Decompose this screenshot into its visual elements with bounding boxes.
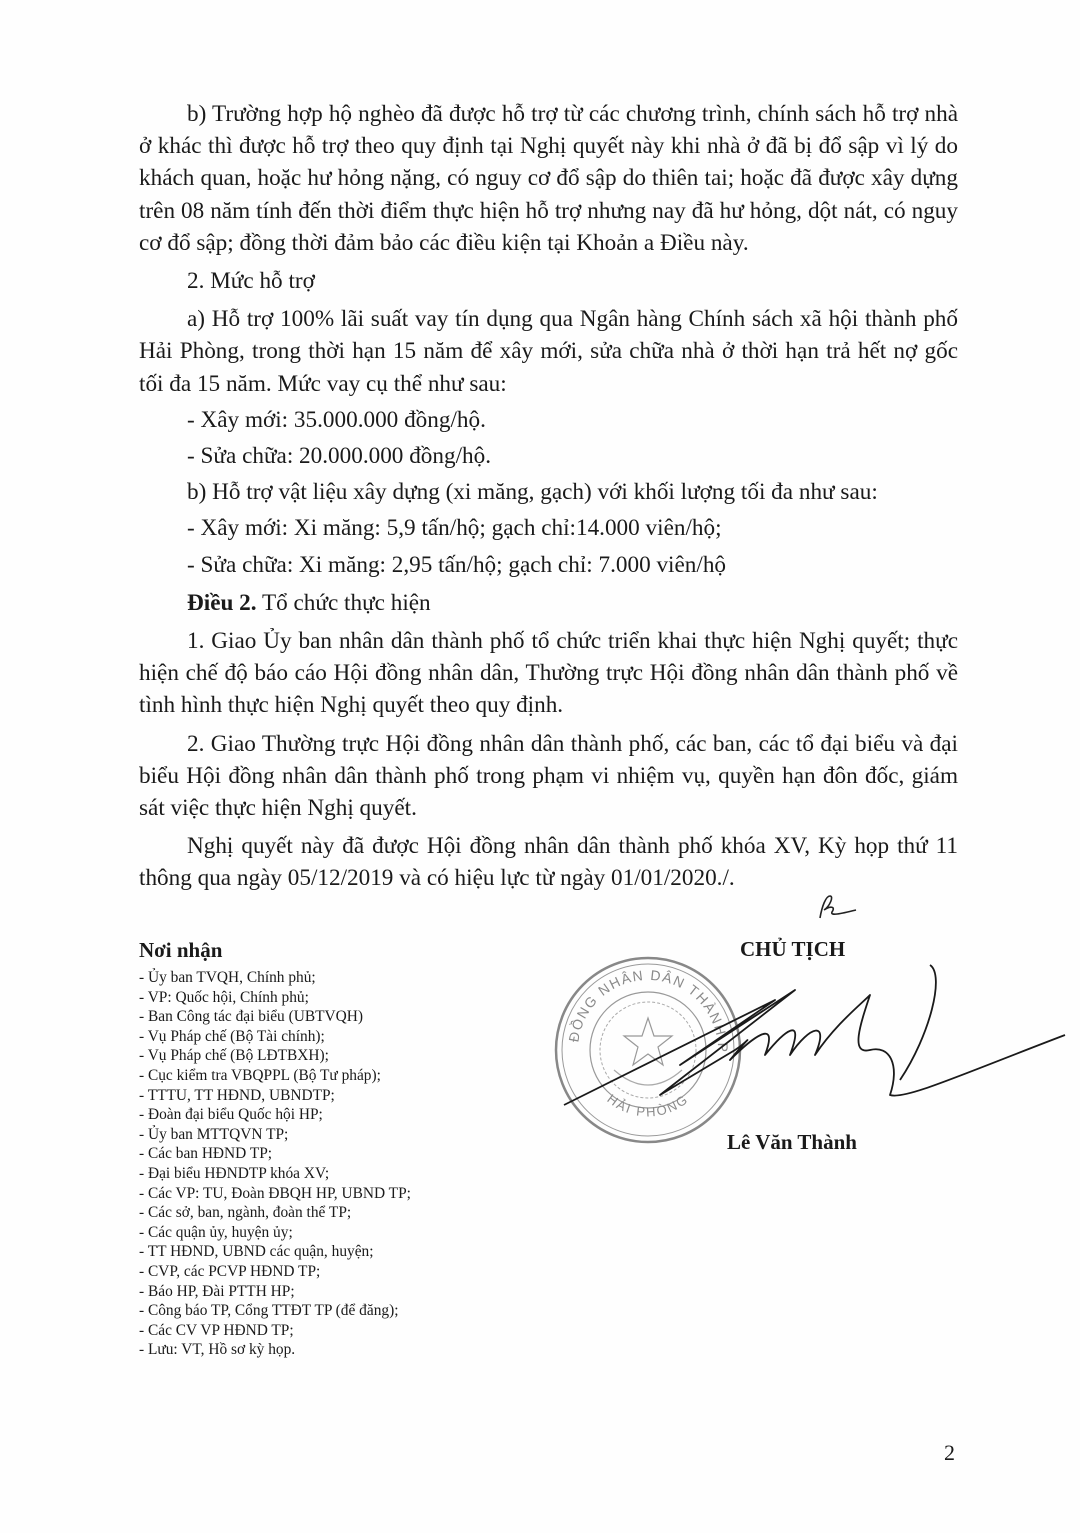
loan-repair: - Sửa chữa: 20.000.000 đồng/hộ. — [139, 440, 958, 472]
recipient-item: - Ban Công tác đại biểu (UBTVQH) — [139, 1007, 411, 1027]
recipient-item: - VP: Quốc hội, Chính phủ; — [139, 988, 411, 1008]
recipient-item: - Công báo TP, Cổng TTĐT TP (để đăng); — [139, 1301, 411, 1321]
recipient-item: - Đoàn đại biểu Quốc hội HP; — [139, 1105, 411, 1125]
recipient-item: - Các quận ủy, huyện ủy; — [139, 1223, 411, 1243]
recipients-list: - Ủy ban TVQH, Chính phủ;- VP: Quốc hội,… — [139, 968, 411, 1360]
paragraph-1b: b) Trường hợp hộ nghèo đã được hỗ trợ từ… — [139, 98, 958, 259]
recipient-item: - Vụ Pháp chế (Bộ Tài chính); — [139, 1027, 411, 1047]
recipient-item: - CVP, các PCVP HĐND TP; — [139, 1262, 411, 1282]
recipient-item: - Vụ Pháp chế (Bộ LĐTBXH); — [139, 1046, 411, 1066]
recipient-item: - TTTU, TT HĐND, UBNDTP; — [139, 1086, 411, 1106]
signer-name: Lê Văn Thành — [727, 1130, 857, 1155]
article-2-label: Điều 2. — [187, 590, 257, 616]
body-text: b) Trường hợp hộ nghèo đã được hỗ trợ từ… — [139, 98, 958, 895]
material-repair: - Sửa chữa: Xi măng: 2,95 tấn/hộ; gạch c… — [139, 549, 958, 581]
article-2-item-2: 2. Giao Thường trực Hội đồng nhân dân th… — [139, 728, 958, 825]
recipient-item: - Các CV VP HĐND TP; — [139, 1321, 411, 1341]
material-new-build: - Xây mới: Xi măng: 5,9 tấn/hộ; gạch chỉ… — [139, 512, 958, 544]
section-2-heading: 2. Mức hỗ trợ — [139, 265, 958, 297]
recipient-item: - Đại biểu HĐNDTP khóa XV; — [139, 1164, 411, 1184]
recipient-item: - Các VP: TU, Đoàn ĐBQH HP, UBND TP; — [139, 1184, 411, 1204]
paragraph-2a: a) Hỗ trợ 100% lãi suất vay tín dụng qua… — [139, 303, 958, 400]
signature-icon — [560, 945, 1070, 1115]
article-2-title: Tổ chức thực hiện — [257, 590, 431, 616]
recipient-item: - Các ban HĐND TP; — [139, 1144, 411, 1164]
recipient-item: - Cục kiểm tra VBQPPL (Bộ Tư pháp); — [139, 1066, 411, 1086]
recipients-title: Nơi nhận — [139, 938, 222, 963]
article-2-heading: Điều 2. Tổ chức thực hiện — [139, 587, 958, 619]
recipient-item: - Ủy ban TVQH, Chính phủ; — [139, 968, 411, 988]
document-page: b) Trường hợp hộ nghèo đã được hỗ trợ từ… — [0, 0, 1080, 1533]
loan-new-build: - Xây mới: 35.000.000 đồng/hộ. — [139, 404, 958, 436]
recipient-item: - Lưu: VT, Hồ sơ kỳ họp. — [139, 1340, 411, 1360]
initials-mark-icon — [812, 892, 862, 922]
recipient-item: - TT HĐND, UBND các quận, huyện; — [139, 1242, 411, 1262]
recipient-item: - Ủy ban MTTQVN TP; — [139, 1125, 411, 1145]
recipient-item: - Các sở, ban, ngành, đoàn thể TP; — [139, 1203, 411, 1223]
recipient-item: - Báo HP, Đài PTTH HP; — [139, 1282, 411, 1302]
article-2-item-1: 1. Giao Ủy ban nhân dân thành phố tổ chứ… — [139, 625, 958, 722]
page-number: 2 — [944, 1440, 955, 1466]
paragraph-2b: b) Hỗ trợ vật liệu xây dựng (xi măng, gạ… — [139, 476, 958, 508]
effective-clause: Nghị quyết này đã được Hội đồng nhân dân… — [139, 830, 958, 894]
